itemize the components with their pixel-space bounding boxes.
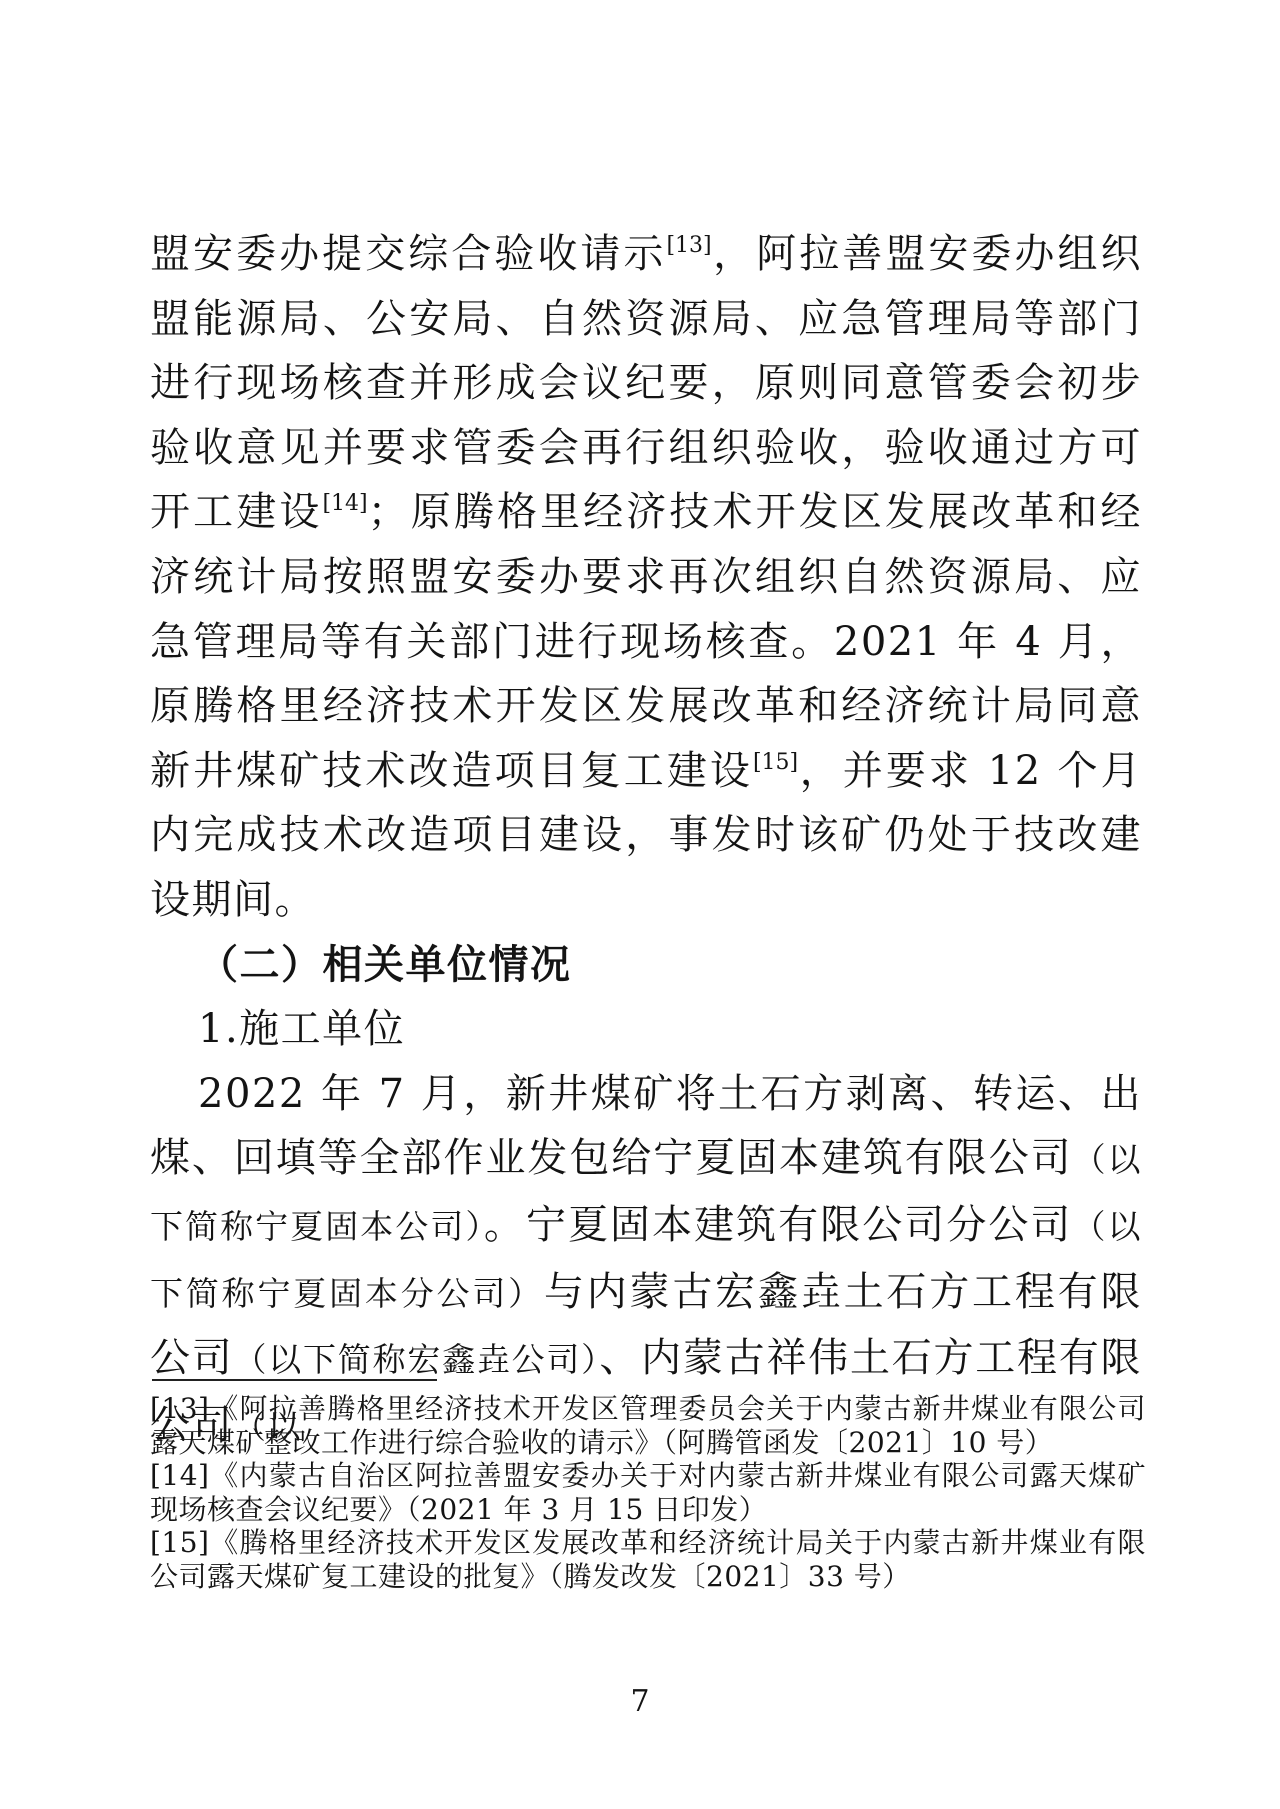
footnote-ref-15: [15] [753, 750, 798, 775]
body-run: 。宁夏固本建筑有限公司分公司 [484, 1202, 1073, 1248]
footnote-label: [15] [150, 1526, 209, 1559]
footnote-13: [13]《阿拉善腾格里经济技术开发区管理委员会关于内蒙古新井煤业有限公司露天煤矿… [150, 1392, 1146, 1459]
body-text: 盟安委办提交综合验收请示[13]，阿拉善盟安委办组织盟能源局、公安局、自然资源局… [150, 222, 1142, 1459]
footnote-separator [152, 1379, 437, 1381]
body-run: 2022 年 7 月，新井煤矿将土石方剥离、转运、出煤、回填等全部作业发包给宁夏… [150, 1071, 1142, 1182]
footnote-ref-13: [13] [666, 233, 711, 258]
footnote-text: 《内蒙古自治区阿拉善盟安委办关于对内蒙古新井煤业有限公司露天煤矿现场核查会议纪要… [150, 1459, 1146, 1526]
subsection-heading-construction-unit: 1.施工单位 [150, 997, 1142, 1062]
document-page: 盟安委办提交综合验收请示[13]，阿拉善盟安委办组织盟能源局、公安局、自然资源局… [0, 0, 1280, 1809]
page-number: 7 [0, 1684, 1280, 1719]
footnote-15: [15]《腾格里经济技术开发区发展改革和经济统计局关于内蒙古新井煤业有限公司露天… [150, 1526, 1146, 1593]
footnote-text: 《腾格里经济技术开发区发展改革和经济统计局关于内蒙古新井煤业有限公司露天煤矿复工… [150, 1526, 1146, 1593]
body-run: 盟安委办提交综合验收请示 [150, 231, 666, 277]
abbreviation-note: （以下简称宏鑫垚公司） [234, 1340, 600, 1379]
footnote-14: [14]《内蒙古自治区阿拉善盟安委办关于对内蒙古新井煤业有限公司露天煤矿现场核查… [150, 1459, 1146, 1526]
section-heading-related-units: （二）相关单位情况 [150, 933, 1142, 998]
footnote-label: [14] [150, 1459, 209, 1492]
footnotes: [13]《阿拉善腾格里经济技术开发区管理委员会关于内蒙古新井煤业有限公司露天煤矿… [150, 1392, 1146, 1593]
paragraph-acceptance-process: 盟安委办提交综合验收请示[13]，阿拉善盟安委办组织盟能源局、公安局、自然资源局… [150, 222, 1142, 933]
footnote-text: 《阿拉善腾格里经济技术开发区管理委员会关于内蒙古新井煤业有限公司露天煤矿整改工作… [150, 1392, 1146, 1459]
footnote-label: [13] [150, 1392, 209, 1425]
footnote-ref-14: [14] [322, 491, 367, 516]
